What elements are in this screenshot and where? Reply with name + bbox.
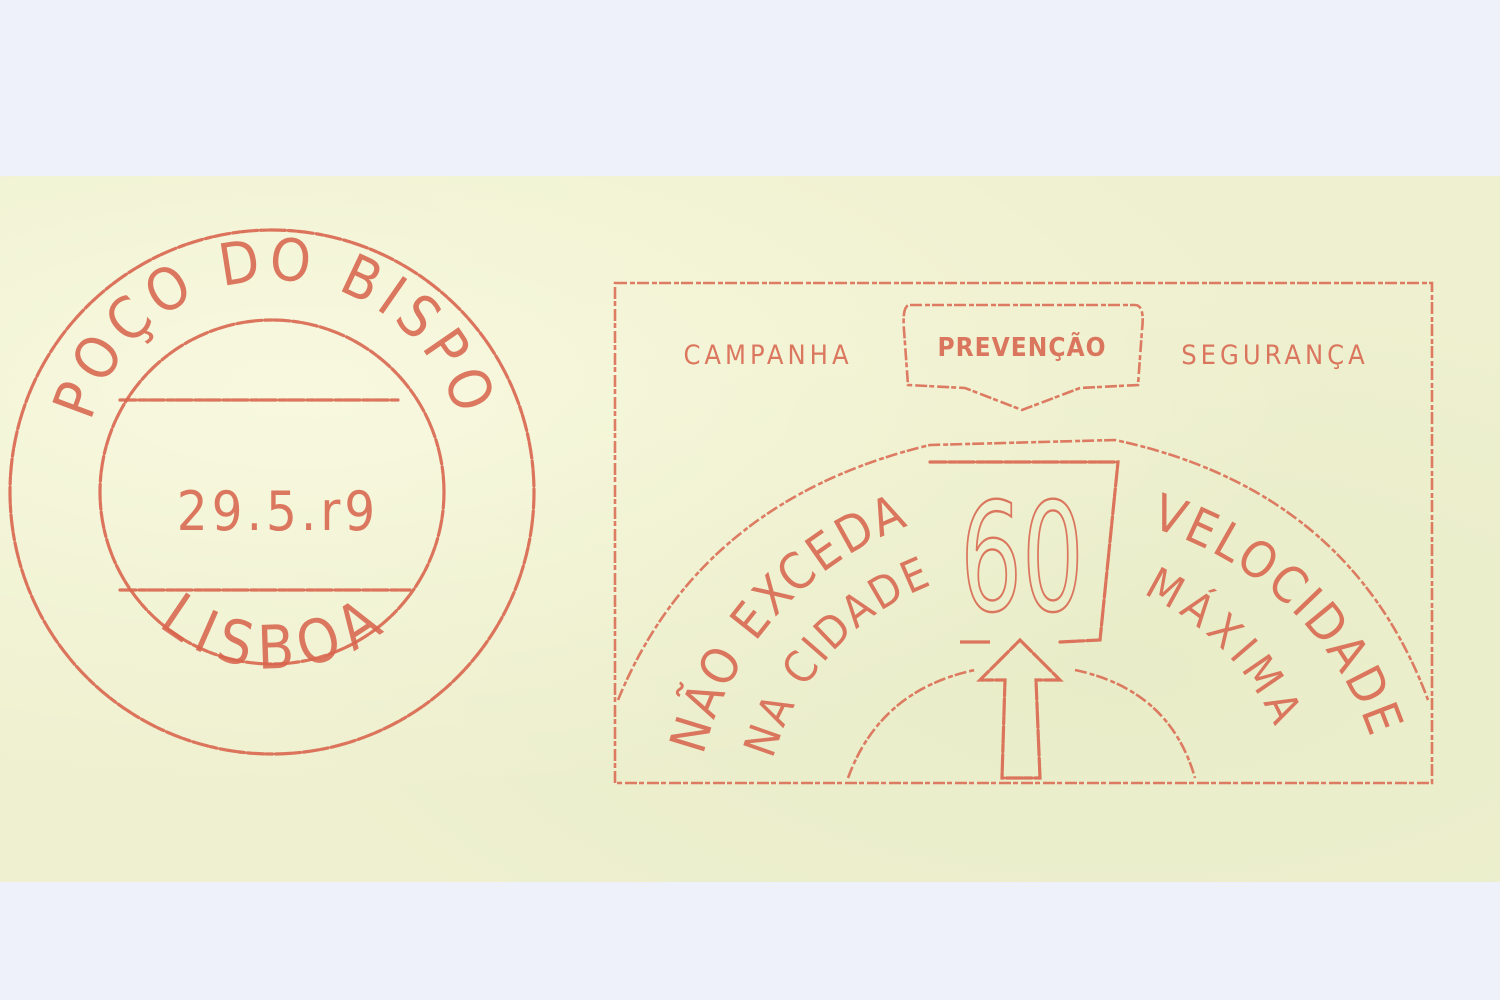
arrow-up-icon [980, 640, 1060, 778]
slogan-header-center: PREVENÇÃO [938, 331, 1107, 363]
franking-artwork: POÇO DO BISPO 29.5.r9 LISBOA CAMPANHA PR… [0, 0, 1500, 1000]
postmark-city: LISBOA [149, 580, 401, 684]
postmark-town: POÇO DO BISPO [40, 225, 511, 427]
meter-slogan: CAMPANHA PREVENÇÃO SEGURANÇA 60 NÃO EXCE… [615, 283, 1432, 783]
speed-value: 60 [960, 471, 1084, 645]
slogan-inner-arc [848, 670, 1195, 778]
circular-postmark: POÇO DO BISPO 29.5.r9 LISBOA [10, 225, 534, 754]
postmark-date: 29.5.r9 [177, 480, 379, 543]
slogan-header-left: CAMPANHA [683, 340, 852, 371]
slogan-header-right: SEGURANÇA [1181, 340, 1369, 371]
